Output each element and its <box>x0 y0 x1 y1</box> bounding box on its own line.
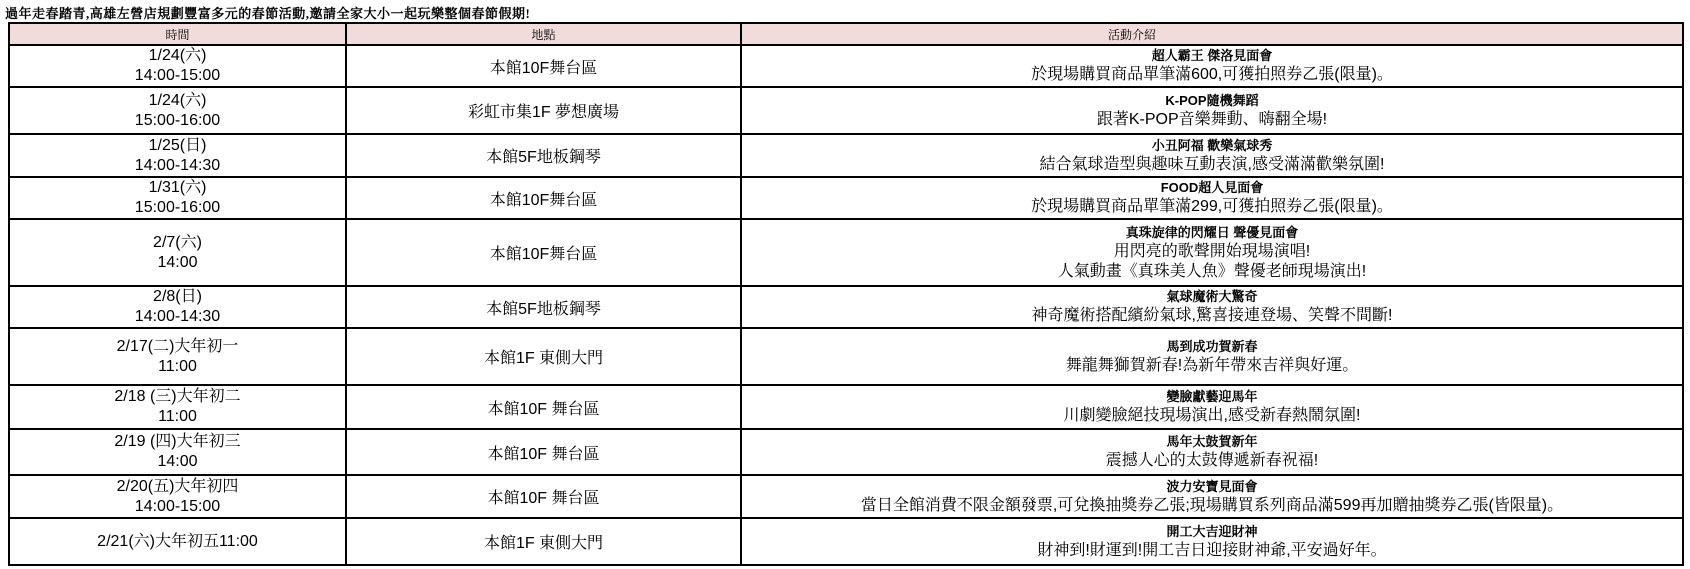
activity-title: 氣球魔術大驚奇 <box>742 288 1682 306</box>
time-cell: 2/19 (四)大年初三14:00 <box>9 429 346 475</box>
activity-title: 真珠旋律的閃耀日 聲優見面會 <box>742 224 1682 242</box>
time-line: 2/18 (三)大年初二 <box>10 387 345 407</box>
col-header-activity: 活動介紹 <box>741 23 1683 45</box>
time-line: 2/19 (四)大年初三 <box>10 432 345 452</box>
time-line: 14:00 <box>10 253 345 273</box>
table-row: 2/19 (四)大年初三14:00 本館10F 舞台區 馬年太鼓賀新年 震撼人心… <box>9 429 1683 475</box>
time-line: 14:00-15:00 <box>10 497 345 517</box>
activity-cell: 超人霸王 傑洛見面會 於現場購買商品單筆滿600,可獲拍照券乙張(限量)。 <box>741 45 1683 87</box>
activity-description: 於現場購買商品單筆滿299,可獲拍照券乙張(限量)。 <box>742 197 1682 217</box>
col-header-time: 時間 <box>9 23 346 45</box>
table-row: 2/17(二)大年初一11:00 本館1F 東側大門 馬到成功賀新春 舞龍舞獅賀… <box>9 328 1683 385</box>
time-line: 14:00 <box>10 452 345 472</box>
location-cell: 本館10F 舞台區 <box>346 385 741 429</box>
activity-description: 舞龍舞獅賀新春!為新年帶來吉祥與好運。 <box>742 356 1682 376</box>
table-row: 2/7(六)14:00 本館10F舞台區 真珠旋律的閃耀日 聲優見面會 用閃亮的… <box>9 219 1683 286</box>
activity-description: 用閃亮的歌聲開始現場演唱! <box>742 242 1682 262</box>
time-cell: 2/18 (三)大年初二11:00 <box>9 385 346 429</box>
table-row: 1/24(六)15:00-16:00 彩虹市集1F 夢想廣場 K-POP隨機舞蹈… <box>9 87 1683 134</box>
location-cell: 本館10F 舞台區 <box>346 429 741 475</box>
location-cell: 本館1F 東側大門 <box>346 328 741 385</box>
activity-title: 變臉獻藝迎馬年 <box>742 388 1682 406</box>
activity-description: 川劇變臉絕技現場演出,感受新春熱鬧氛圍! <box>742 406 1682 426</box>
activity-cell: 變臉獻藝迎馬年 川劇變臉絕技現場演出,感受新春熱鬧氛圍! <box>741 385 1683 429</box>
location-cell: 彩虹市集1F 夢想廣場 <box>346 87 741 134</box>
activity-description: 當日全館消費不限金額發票,可兌換抽獎券乙張;現場購買系列商品滿599再加贈抽獎券… <box>742 496 1682 516</box>
activity-cell: 氣球魔術大驚奇 神奇魔術搭配繽紛氣球,驚喜接連登場、笑聲不間斷! <box>741 286 1683 328</box>
table-header-row: 時間 地點 活動介紹 <box>9 23 1683 45</box>
activity-title: 波力安寶見面會 <box>742 478 1682 496</box>
activity-title: FOOD超人見面會 <box>742 179 1682 197</box>
activity-title: 馬年太鼓賀新年 <box>742 433 1682 451</box>
activity-cell: 開工大吉迎財神 財神到!財運到!開工吉日迎接財神爺,平安過好年。 <box>741 518 1683 565</box>
location-cell: 本館10F 舞台區 <box>346 475 741 518</box>
activity-title: 開工大吉迎財神 <box>742 523 1682 541</box>
time-line: 15:00-16:00 <box>10 198 345 218</box>
table-row: 2/18 (三)大年初二11:00 本館10F 舞台區 變臉獻藝迎馬年 川劇變臉… <box>9 385 1683 429</box>
events-table: 時間 地點 活動介紹 1/24(六)14:00-15:00 本館10F舞台區 超… <box>8 22 1684 566</box>
time-line: 14:00-14:30 <box>10 156 345 176</box>
activity-title: 小丑阿福 歡樂氣球秀 <box>742 137 1682 155</box>
location-cell: 本館5F地板鋼琴 <box>346 286 741 328</box>
activity-cell: 真珠旋律的閃耀日 聲優見面會 用閃亮的歌聲開始現場演唱!人氣動畫《真珠美人魚》聲… <box>741 219 1683 286</box>
activity-title: 超人霸王 傑洛見面會 <box>742 47 1682 65</box>
time-cell: 1/24(六)14:00-15:00 <box>9 45 346 87</box>
activity-cell: 小丑阿福 歡樂氣球秀 結合氣球造型與趣味互動表演,感受滿滿歡樂氛圍! <box>741 134 1683 177</box>
time-cell: 1/25(日)14:00-14:30 <box>9 134 346 177</box>
location-cell: 本館10F舞台區 <box>346 177 741 219</box>
activity-description: 跟著K-POP音樂舞動、嗨翻全場! <box>742 110 1682 130</box>
activity-description: 結合氣球造型與趣味互動表演,感受滿滿歡樂氛圍! <box>742 155 1682 175</box>
page-title: 過年走春踏青,高雄左營店規劃豐富多元的春節活動,邀請全家大小一起玩樂整個春節假期… <box>5 3 530 22</box>
time-line: 11:00 <box>10 357 345 377</box>
time-line: 15:00-16:00 <box>10 111 345 131</box>
time-line: 1/25(日) <box>10 136 345 156</box>
time-line: 2/21(六)大年初五11:00 <box>10 532 345 552</box>
activity-description: 人氣動畫《真珠美人魚》聲優老師現場演出! <box>742 262 1682 282</box>
location-cell: 本館10F舞台區 <box>346 45 741 87</box>
activity-description: 財神到!財運到!開工吉日迎接財神爺,平安過好年。 <box>742 541 1682 561</box>
time-line: 14:00-14:30 <box>10 307 345 327</box>
time-line: 1/24(六) <box>10 46 345 66</box>
activity-cell: FOOD超人見面會 於現場購買商品單筆滿299,可獲拍照券乙張(限量)。 <box>741 177 1683 219</box>
col-header-location: 地點 <box>346 23 741 45</box>
activity-cell: 馬到成功賀新春 舞龍舞獅賀新春!為新年帶來吉祥與好運。 <box>741 328 1683 385</box>
activity-cell: 馬年太鼓賀新年 震撼人心的太鼓傳遞新春祝福! <box>741 429 1683 475</box>
location-cell: 本館5F地板鋼琴 <box>346 134 741 177</box>
table-body: 1/24(六)14:00-15:00 本館10F舞台區 超人霸王 傑洛見面會 於… <box>9 45 1683 565</box>
time-cell: 1/24(六)15:00-16:00 <box>9 87 346 134</box>
activity-title: K-POP隨機舞蹈 <box>742 92 1682 110</box>
time-line: 1/31(六) <box>10 178 345 198</box>
table-row: 2/21(六)大年初五11:00 本館1F 東側大門 開工大吉迎財神 財神到!財… <box>9 518 1683 565</box>
table-row: 2/20(五)大年初四14:00-15:00 本館10F 舞台區 波力安寶見面會… <box>9 475 1683 518</box>
time-line: 2/8(日) <box>10 287 345 307</box>
time-cell: 2/17(二)大年初一11:00 <box>9 328 346 385</box>
table-row: 2/8(日)14:00-14:30 本館5F地板鋼琴 氣球魔術大驚奇 神奇魔術搭… <box>9 286 1683 328</box>
time-cell: 1/31(六)15:00-16:00 <box>9 177 346 219</box>
activity-description: 震撼人心的太鼓傳遞新春祝福! <box>742 451 1682 471</box>
time-line: 2/17(二)大年初一 <box>10 337 345 357</box>
table-row: 1/24(六)14:00-15:00 本館10F舞台區 超人霸王 傑洛見面會 於… <box>9 45 1683 87</box>
time-cell: 2/20(五)大年初四14:00-15:00 <box>9 475 346 518</box>
time-line: 2/20(五)大年初四 <box>10 477 345 497</box>
time-line: 14:00-15:00 <box>10 66 345 86</box>
location-cell: 本館10F舞台區 <box>346 219 741 286</box>
time-cell: 2/8(日)14:00-14:30 <box>9 286 346 328</box>
location-cell: 本館1F 東側大門 <box>346 518 741 565</box>
activity-cell: 波力安寶見面會 當日全館消費不限金額發票,可兌換抽獎券乙張;現場購買系列商品滿5… <box>741 475 1683 518</box>
activity-title: 馬到成功賀新春 <box>742 338 1682 356</box>
table-row: 1/31(六)15:00-16:00 本館10F舞台區 FOOD超人見面會 於現… <box>9 177 1683 219</box>
table-row: 1/25(日)14:00-14:30 本館5F地板鋼琴 小丑阿福 歡樂氣球秀 結… <box>9 134 1683 177</box>
time-line: 11:00 <box>10 407 345 427</box>
time-line: 1/24(六) <box>10 91 345 111</box>
time-cell: 2/7(六)14:00 <box>9 219 346 286</box>
time-cell: 2/21(六)大年初五11:00 <box>9 518 346 565</box>
activity-description: 於現場購買商品單筆滿600,可獲拍照券乙張(限量)。 <box>742 65 1682 85</box>
time-line: 2/7(六) <box>10 233 345 253</box>
activity-cell: K-POP隨機舞蹈 跟著K-POP音樂舞動、嗨翻全場! <box>741 87 1683 134</box>
activity-description: 神奇魔術搭配繽紛氣球,驚喜接連登場、笑聲不間斷! <box>742 306 1682 326</box>
